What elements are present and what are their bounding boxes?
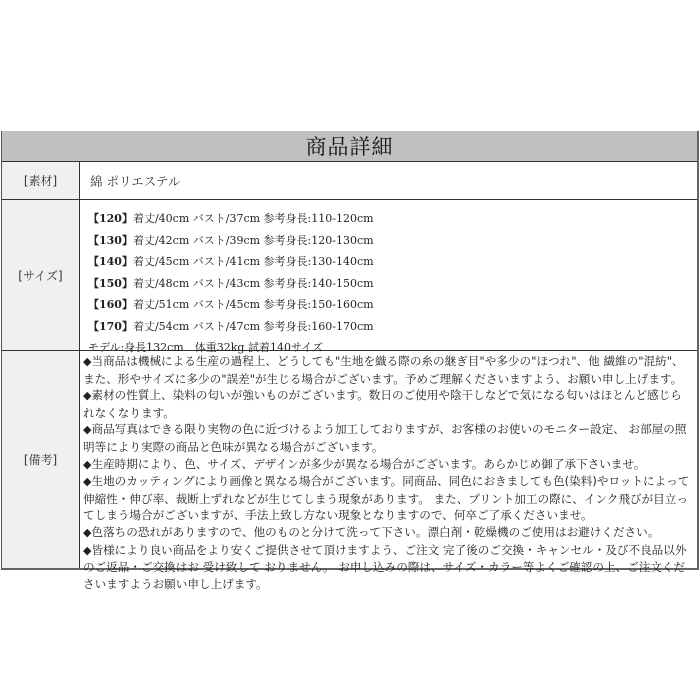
size-spec: 着丈/40cm バスト/37cm 参考身長:110-120cm [133, 212, 374, 225]
size-line-170: 【170】着丈/54cm バスト/47cm 参考身長:160-170cm [88, 316, 697, 338]
size-line-160: 【160】着丈/51cm バスト/45cm 参考身長:150-160cm [88, 294, 697, 316]
product-details-table: 商品詳細 [素材] 綿 ポリエステル [サイズ] 【120】着丈/40cm バス… [1, 131, 699, 570]
size-label: [サイズ] [2, 200, 80, 350]
note-item: ◆生地のカッティングにより画像と異なる場合がございます。同商品、同色におきまして… [83, 473, 691, 524]
size-code: 【170】 [88, 320, 133, 333]
size-code: 【160】 [88, 298, 133, 311]
note-item: ◆皆様により良い商品をより安くご提供させて頂けますよう、ご注文 完了後のご交換・… [83, 542, 691, 593]
size-code: 【120】 [88, 212, 133, 225]
note-item: ◆当商品は機械による生産の過程上、どうしても"生地を織る際の糸の継ぎ目"や多少の… [83, 353, 691, 387]
material-value: 綿 ポリエステル [80, 162, 697, 199]
material-label: [素材] [2, 162, 80, 199]
material-row: [素材] 綿 ポリエステル [2, 162, 697, 200]
note-item: ◆素材の性質上、染料の匂いが強いものがございます。数日のご使用や陰干しなどで気に… [83, 387, 691, 421]
note-item: ◆生産時期により、色、サイズ、デザインが多少が異なる場合がございます。あらかじめ… [83, 456, 691, 474]
size-spec: 着丈/45cm バスト/41cm 参考身長:130-140cm [133, 255, 374, 268]
size-spec: 着丈/48cm バスト/43cm 参考身長:140-150cm [133, 277, 374, 290]
table-title: 商品詳細 [2, 131, 697, 162]
size-line-130: 【130】着丈/42cm バスト/39cm 参考身長:120-130cm [88, 230, 697, 252]
size-spec: 着丈/42cm バスト/39cm 参考身長:120-130cm [133, 234, 374, 247]
note-item: ◆商品写真はできる限り実物の色に近づけるよう加工しておりますが、お客様のお使いの… [83, 421, 691, 455]
size-spec: 着丈/54cm バスト/47cm 参考身長:160-170cm [133, 320, 374, 333]
notes-label: [備考] [2, 351, 80, 568]
size-line-140: 【140】着丈/45cm バスト/41cm 参考身長:130-140cm [88, 251, 697, 273]
note-item: ◆色落ちの恐れがありますので、他のものと分けて洗って下さい。漂白剤・乾燥機のご使… [83, 524, 691, 542]
notes-row: [備考] ◆当商品は機械による生産の過程上、どうしても"生地を織る際の糸の継ぎ目… [2, 351, 697, 568]
size-code: 【130】 [88, 234, 133, 247]
size-code: 【140】 [88, 255, 133, 268]
size-list: 【120】着丈/40cm バスト/37cm 参考身長:110-120cm 【13… [80, 200, 697, 350]
notes-list: ◆当商品は機械による生産の過程上、どうしても"生地を織る際の糸の継ぎ目"や多少の… [80, 351, 697, 568]
size-spec: 着丈/51cm バスト/45cm 参考身長:150-160cm [133, 298, 374, 311]
size-line-150: 【150】着丈/48cm バスト/43cm 参考身長:140-150cm [88, 273, 697, 295]
size-code: 【150】 [88, 277, 133, 290]
size-line-120: 【120】着丈/40cm バスト/37cm 参考身長:110-120cm [88, 208, 697, 230]
size-row: [サイズ] 【120】着丈/40cm バスト/37cm 参考身長:110-120… [2, 200, 697, 351]
